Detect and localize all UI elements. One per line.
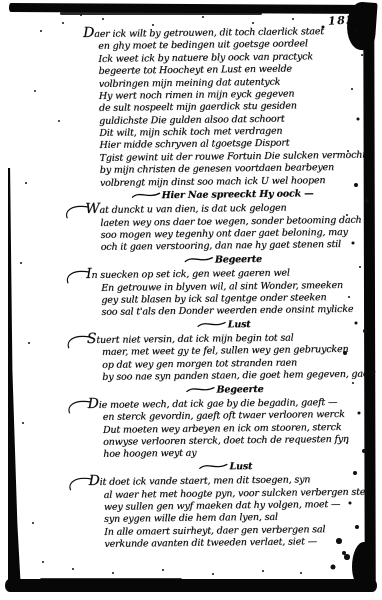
- initial-flourish-icon: [65, 334, 91, 355]
- swash-flourish-icon: [197, 318, 227, 328]
- initial-flourish-icon: [66, 476, 92, 497]
- manuscript-line: verkunde avanten dit tweeden verlaet, si…: [104, 536, 370, 552]
- section-heading-label: Begeerte: [216, 383, 263, 395]
- photocopy-left-edge: [8, 168, 21, 591]
- section-heading-label: Lust: [228, 319, 251, 330]
- stanza-3: In suecken op set ick, gen weet gaeren w…: [91, 265, 368, 320]
- swash-flourish-icon: [198, 460, 228, 470]
- photocopy-top-edge-smear: [60, 12, 262, 15]
- photocopy-speckles: [0, 0, 2, 2]
- stanza-4: Stuert niet versin, dat ick mijn begin t…: [92, 330, 369, 385]
- photocopy-bottom-edge-smear: [40, 578, 182, 581]
- initial-flourish-icon: [63, 204, 89, 225]
- stanza-2: Wat dunckt u van dien, is dat uck geloge…: [90, 200, 367, 255]
- stanza-5: Die moete wech, dat ick gae by die begad…: [93, 394, 370, 461]
- stanza-6: Dit doet ick vande staert, men dit tsoeg…: [93, 472, 370, 552]
- swash-flourish-icon: [185, 383, 215, 393]
- section-heading-label: Begeerte: [215, 254, 262, 266]
- section-heading-label: Hier Nae spreeckt Hy oock —: [162, 188, 314, 201]
- initial-flourish-icon: [64, 269, 90, 290]
- manuscript-text-block: Daer ick wilt by getrouwen, dit toch cla…: [88, 24, 370, 552]
- stanza-1: Daer ick wilt by getrouwen, dit toch cla…: [88, 24, 366, 190]
- manuscript-scan: 182 Daer ick wilt by getrouwen, dit toch…: [0, 0, 382, 600]
- initial-flourish-icon: [66, 399, 92, 420]
- swash-flourish-icon: [184, 253, 214, 263]
- section-heading-label: Lust: [229, 461, 252, 472]
- swash-flourish-icon: [131, 189, 161, 199]
